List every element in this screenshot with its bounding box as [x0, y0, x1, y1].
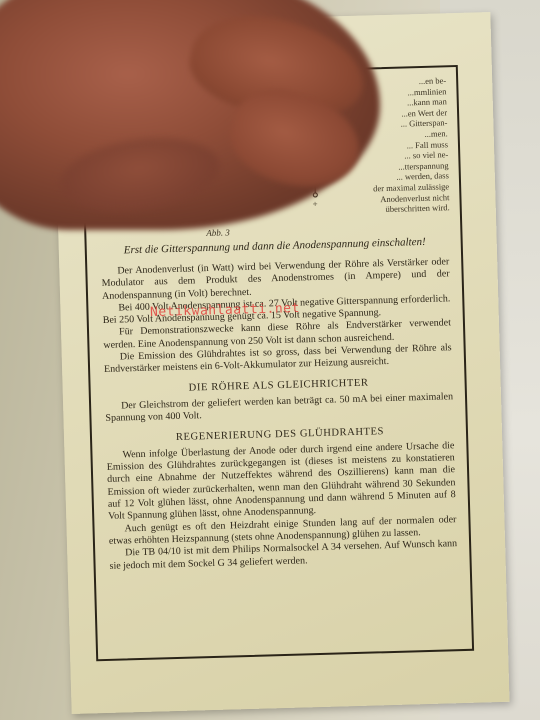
paragraph: Wenn infolge Überlastung der Anode oder …	[106, 440, 456, 523]
warning-heading: Erst die Gitterspannung und dann die Ano…	[101, 235, 449, 258]
side-line: überschritten wird.	[340, 202, 450, 216]
figure-caption: Abb. 3	[206, 227, 230, 238]
document-body: Erst die Gitterspannung und dann die Ano…	[101, 235, 458, 572]
terminal-label: +	[312, 199, 317, 209]
paragraph: Der Gleichstrom der geliefert werden kan…	[105, 391, 454, 425]
